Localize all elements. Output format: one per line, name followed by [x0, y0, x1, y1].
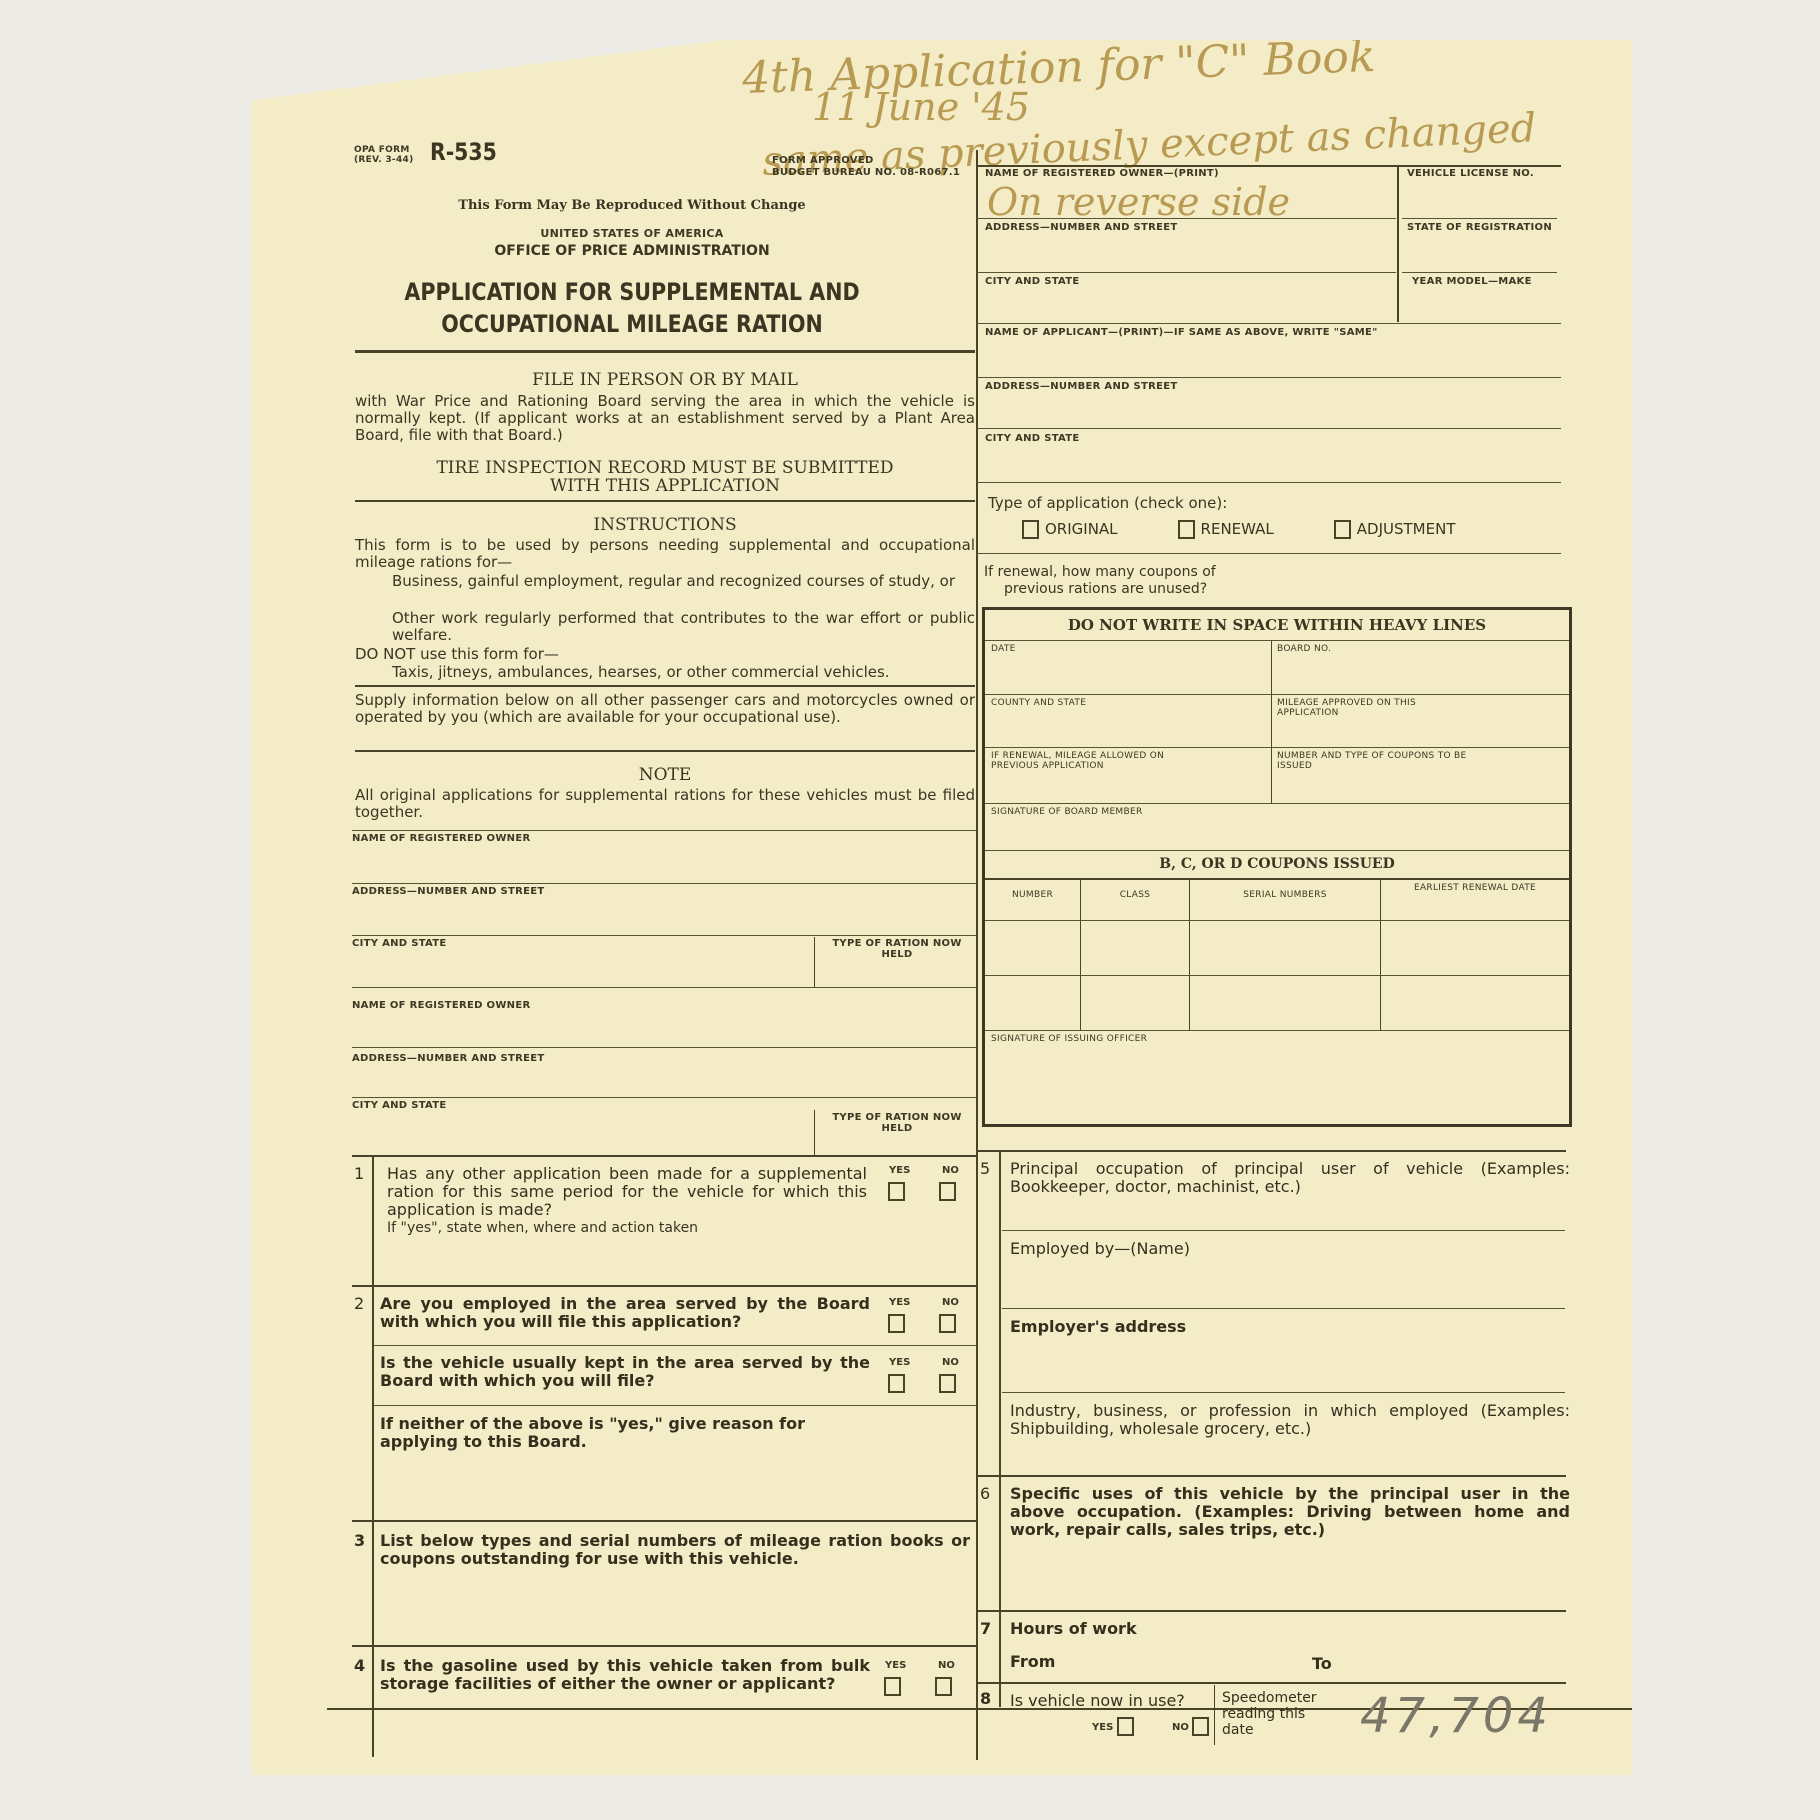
divider [352, 987, 977, 988]
adjustment-checkbox[interactable] [1334, 520, 1351, 539]
divider [1214, 1685, 1215, 1745]
divider [1002, 1392, 1565, 1393]
divider [976, 323, 1561, 324]
applicant-address-label: ADDRESS—NUMBER AND STREET [985, 381, 1178, 392]
speedometer-label: Speedometer reading this date [1222, 1690, 1332, 1738]
other-vehicle-1-city-label: CITY AND STATE [352, 938, 447, 949]
hours-to-label: To [1312, 1655, 1332, 1673]
divider [1402, 272, 1557, 273]
county-state-label: COUNTY AND STATE [991, 698, 1086, 708]
divider [1271, 641, 1272, 803]
divider [352, 830, 977, 831]
other-vehicle-2-address-label: ADDRESS—NUMBER AND STREET [352, 1053, 545, 1064]
q4-no-checkbox[interactable] [935, 1677, 952, 1696]
other-vehicle-1-ration-label: TYPE OF RATION NOW HELD [817, 938, 977, 960]
option-original[interactable]: ORIGINAL [1022, 520, 1118, 539]
issuing-officer-signature-label: SIGNATURE OF ISSUING OFFICER [991, 1034, 1147, 1044]
yes-label: YES [889, 1297, 910, 1308]
q1-text: Has any other application been made for … [387, 1165, 867, 1219]
q2-number: 2 [354, 1295, 364, 1313]
divider [374, 1405, 977, 1406]
instructions-item-business: Business, gainful employment, regular an… [392, 573, 975, 590]
q8-yes-checkbox[interactable] [1117, 1717, 1134, 1736]
ration-form-paper: 4th Application for "C" Book 11 June '45… [252, 40, 1632, 1775]
renewal-checkbox[interactable] [1178, 520, 1195, 539]
q2b-text: Is the vehicle usually kept in the area … [380, 1354, 870, 1390]
yes-label: YES [1092, 1722, 1113, 1733]
divider [352, 935, 977, 936]
vehicle-in-use-label: Is vehicle now in use? [1010, 1692, 1185, 1710]
divider [976, 165, 1561, 167]
applicant-city-label: CITY AND STATE [985, 433, 1080, 444]
instructions-heading: INSTRUCTIONS [355, 515, 975, 535]
divider [985, 694, 1569, 695]
divider [976, 1610, 1566, 1612]
no-label: NO [1172, 1722, 1189, 1733]
license-no-label: VEHICLE LICENSE NO. [1407, 168, 1534, 179]
divider [985, 850, 1569, 851]
divider [352, 1155, 977, 1157]
divider [976, 218, 1396, 219]
board-box-heading: DO NOT WRITE IN SPACE WITHIN HEAVY LINES [985, 616, 1569, 634]
crop-mark [222, 1735, 246, 1787]
divider [352, 883, 977, 884]
divider [352, 1520, 977, 1522]
handwritten-note-date: 11 June '45 [812, 85, 1030, 129]
country-name: UNITED STATES OF AMERICA [352, 227, 912, 240]
q2b-no-checkbox[interactable] [939, 1374, 956, 1393]
other-vehicle-1-owner-label: NAME OF REGISTERED OWNER [352, 833, 530, 844]
other-vehicle-2-city-label: CITY AND STATE [352, 1100, 447, 1111]
divider [985, 747, 1569, 748]
coupons-table: NUMBER CLASS SERIAL NUMBERS EARLIEST REN… [985, 880, 1569, 1040]
q1-yes-checkbox[interactable] [888, 1182, 905, 1201]
col-serial-numbers: SERIAL NUMBERS [1190, 890, 1380, 900]
other-vehicle-1-address-label: ADDRESS—NUMBER AND STREET [352, 886, 545, 897]
employer-address-label: Employer's address [1010, 1318, 1186, 1336]
filing-heading: FILE IN PERSON OR BY MAIL [355, 370, 975, 390]
q4-yes-checkbox[interactable] [884, 1677, 901, 1696]
col-class: CLASS [1081, 890, 1189, 900]
instructions-do-not: DO NOT use this form for— [355, 646, 975, 663]
state-registration-label: STATE OF REGISTRATION [1407, 222, 1552, 233]
divider [985, 975, 1569, 976]
q5-text: Principal occupation of principal user o… [1010, 1160, 1570, 1196]
q8-no-checkbox[interactable] [1192, 1717, 1209, 1736]
original-checkbox[interactable] [1022, 520, 1039, 539]
tire-inspection-notice: TIRE INSPECTION RECORD MUST BE SUBMITTED… [355, 459, 975, 495]
question-number-rule [999, 1152, 1001, 1707]
q2a-text: Are you employed in the area served by t… [380, 1295, 870, 1331]
year-model-label: YEAR MODEL—MAKE [1412, 276, 1532, 287]
divider [355, 685, 975, 687]
employed-by-label: Employed by—(Name) [1010, 1240, 1190, 1258]
divider [976, 428, 1561, 429]
budget-approval: FORM APPROVED BUDGET BUREAU No. 08-R067.… [772, 155, 960, 179]
divider [976, 553, 1561, 554]
divider [355, 750, 975, 752]
q1-no-checkbox[interactable] [939, 1182, 956, 1201]
divider [1380, 880, 1381, 1030]
divider [352, 1645, 977, 1647]
board-use-only-box: DO NOT WRITE IN SPACE WITHIN HEAVY LINES… [982, 607, 1572, 1127]
divider [352, 1097, 977, 1098]
divider [355, 350, 975, 353]
no-label: NO [942, 1297, 959, 1308]
column-divider [976, 150, 978, 1760]
divider [976, 482, 1561, 483]
hours-of-work-label: Hours of work [1010, 1620, 1137, 1638]
note-heading: NOTE [355, 765, 975, 785]
divider [985, 803, 1569, 804]
divider [985, 640, 1569, 641]
divider [1402, 218, 1557, 219]
option-adjustment[interactable]: ADJUSTMENT [1334, 520, 1456, 539]
divider [976, 377, 1561, 378]
q8-number: 8 [980, 1690, 991, 1708]
divider [814, 1110, 815, 1155]
divider [374, 1345, 977, 1346]
q1-subtext: If "yes", state when, where and action t… [387, 1220, 867, 1237]
no-label: NO [942, 1357, 959, 1368]
yes-label: YES [889, 1165, 910, 1176]
reproduce-notice: This Form May Be Reproduced Without Chan… [352, 198, 912, 213]
q5-number: 5 [980, 1160, 990, 1178]
divider [355, 500, 975, 502]
coupons-to-issue-label: NUMBER AND TYPE OF COUPONS TO BE ISSUED [1277, 751, 1497, 771]
divider [352, 1285, 977, 1287]
note-text: All original applications for supplement… [355, 787, 975, 821]
divider [1397, 167, 1399, 322]
question-number-rule [372, 1157, 374, 1757]
q2c-text: If neither of the above is "yes," give r… [380, 1415, 870, 1451]
form-number: R-535 [430, 138, 497, 166]
other-vehicle-2-owner-label: NAME OF REGISTERED OWNER [352, 1000, 530, 1011]
instructions-item-other-work: Other work regularly performed that cont… [392, 610, 975, 644]
divider [985, 1030, 1569, 1031]
owner-city-label: CITY AND STATE [985, 276, 1080, 287]
coupons-issued-heading: B, C, OR D COUPONS ISSUED [985, 856, 1569, 872]
office-name: OFFICE OF PRICE ADMINISTRATION [352, 243, 912, 259]
other-vehicle-2-ration-label: TYPE OF RATION NOW HELD [817, 1112, 977, 1134]
renewal-coupons-question: If renewal, how many coupons of previous… [984, 564, 1216, 598]
q7-number: 7 [980, 1620, 991, 1638]
filing-text: with War Price and Rationing Board servi… [355, 393, 975, 444]
instructions-excluded: Taxis, jitneys, ambulances, hearses, or … [392, 664, 975, 681]
divider [1002, 1230, 1565, 1231]
q4-text: Is the gasoline used by this vehicle tak… [380, 1657, 870, 1693]
renewal-mileage-label: IF RENEWAL, MILEAGE ALLOWED ON PREVIOUS … [991, 751, 1211, 771]
form-agency: OPA FORM (REV. 3-44) [354, 145, 413, 165]
q6-text: Specific uses of this vehicle by the pri… [1010, 1485, 1570, 1539]
board-member-signature-label: SIGNATURE OF BOARD MEMBER [991, 807, 1143, 817]
divider [976, 1682, 1566, 1684]
divider [352, 1047, 977, 1048]
q2a-no-checkbox[interactable] [939, 1314, 956, 1333]
q2b-yes-checkbox[interactable] [888, 1374, 905, 1393]
application-type-options: ORIGINAL RENEWAL ADJUSTMENT [1022, 520, 1455, 539]
speedometer-reading-value[interactable]: 47,704 [1360, 1688, 1552, 1744]
q3-text: List below types and serial numbers of m… [380, 1532, 970, 1568]
owner-address-label: ADDRESS—NUMBER AND STREET [985, 222, 1178, 233]
q1-number: 1 [354, 1165, 364, 1183]
industry-label: Industry, business, or profession in whi… [1010, 1402, 1570, 1438]
no-label: NO [938, 1660, 955, 1671]
board-no-label: BOARD NO. [1277, 644, 1331, 654]
yes-label: YES [885, 1660, 906, 1671]
q2c-reason-field[interactable] [380, 1455, 975, 1515]
q4-number: 4 [354, 1657, 365, 1675]
divider [1002, 1308, 1565, 1309]
instructions-intro: This form is to be used by persons needi… [355, 537, 975, 571]
option-renewal[interactable]: RENEWAL [1178, 520, 1274, 539]
application-type-label: Type of application (check one): [988, 495, 1227, 512]
no-label: NO [942, 1165, 959, 1176]
owner-name-label: NAME OF REGISTERED OWNER—(PRINT) [985, 168, 1219, 179]
divider [976, 272, 1396, 273]
divider [976, 1475, 1566, 1477]
q6-number: 6 [980, 1485, 990, 1503]
col-number: NUMBER [985, 890, 1080, 900]
divider [1080, 880, 1081, 1030]
applicant-name-label: NAME OF APPLICANT—(PRINT)—IF SAME AS ABO… [985, 327, 1378, 338]
divider [814, 937, 815, 987]
mileage-approved-label: MILEAGE APPROVED ON THIS APPLICATION [1277, 698, 1457, 718]
hours-from-label: From [1010, 1653, 1055, 1671]
col-earliest-renewal: EARLIEST RENEWAL DATE [1385, 883, 1565, 893]
board-date-label: DATE [991, 644, 1016, 654]
yes-label: YES [889, 1357, 910, 1368]
q3-books-field[interactable] [380, 1575, 975, 1635]
form-title: APPLICATION FOR SUPPLEMENTAL AND OCCUPAT… [374, 276, 890, 340]
divider [976, 1150, 1566, 1152]
divider [1189, 880, 1190, 1030]
divider [985, 920, 1569, 921]
q3-number: 3 [354, 1532, 365, 1550]
supply-info-text: Supply information below on all other pa… [355, 692, 975, 726]
q2a-yes-checkbox[interactable] [888, 1314, 905, 1333]
